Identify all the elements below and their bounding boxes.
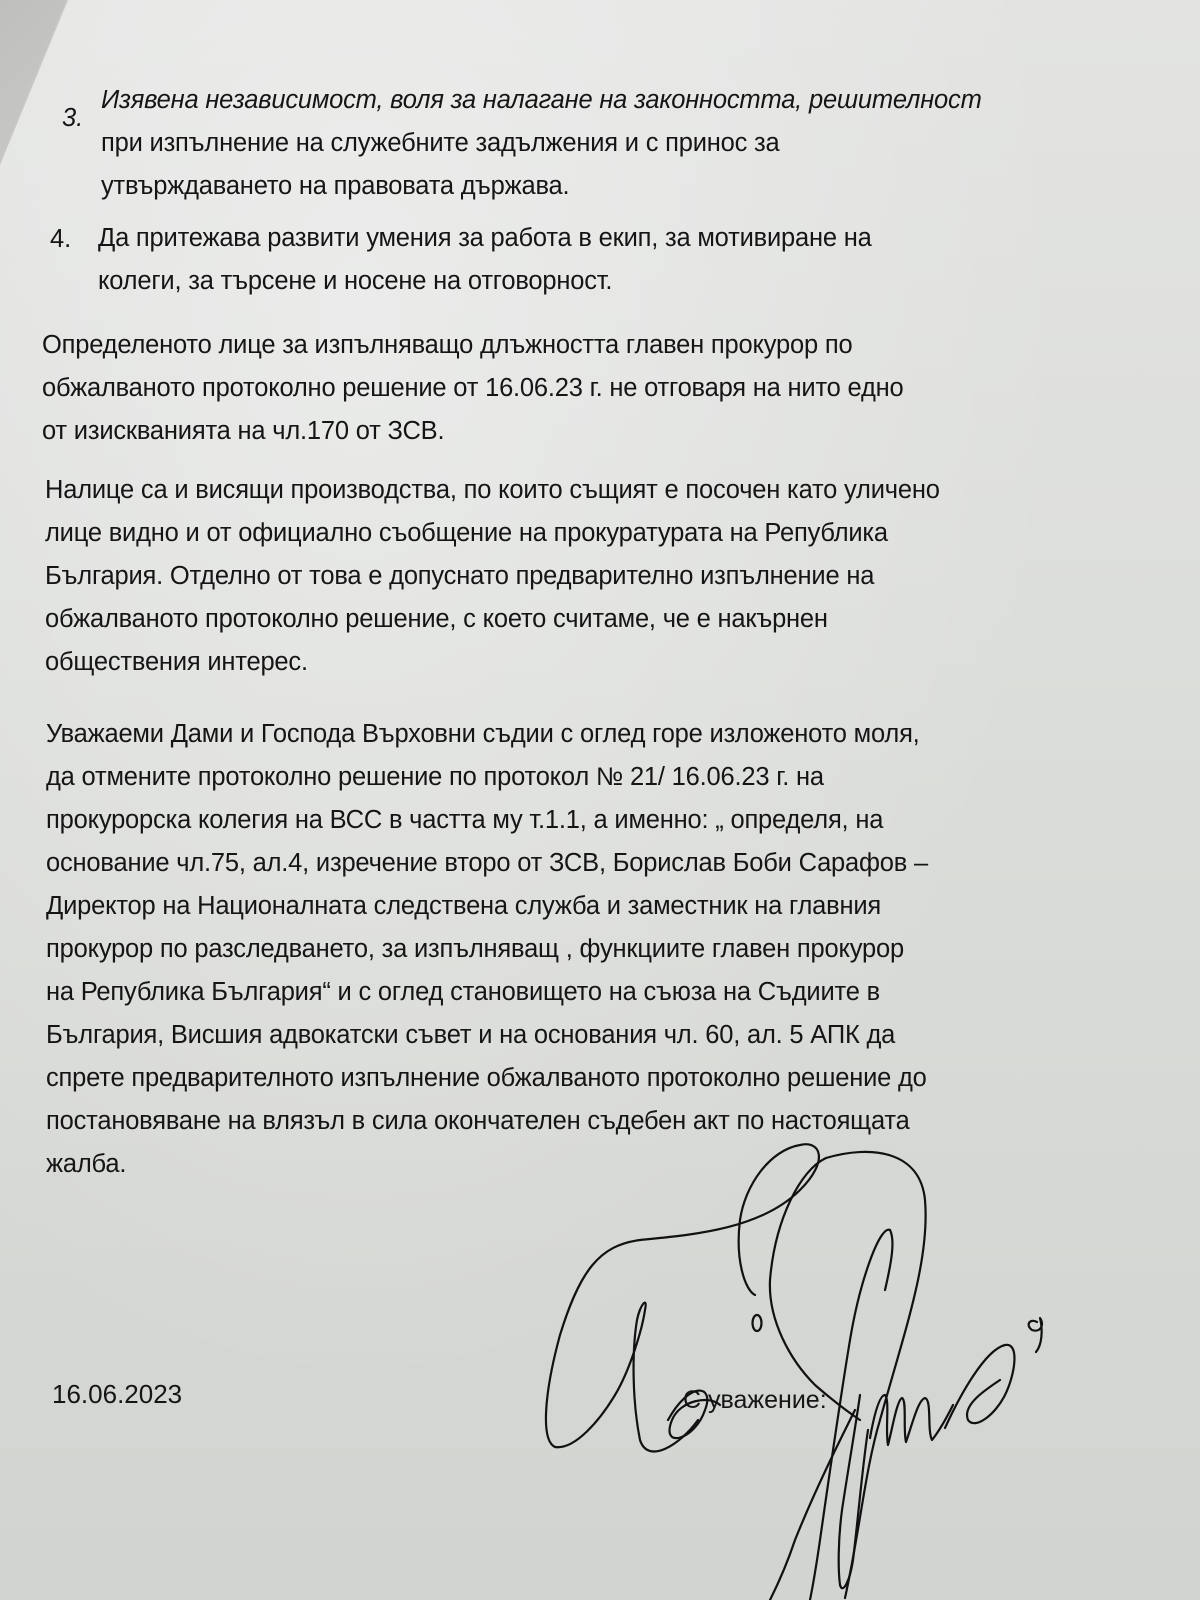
paragraph-1: Определеното лице за изпълняващо длъжнос…: [42, 324, 904, 453]
list-item-4: Да притежава развити умения за работа в …: [98, 217, 872, 303]
list-item-3: Изявена независимост, воля за налагане н…: [101, 79, 982, 208]
paragraph-3-line-6: прокурор по разследването, за изпълняващ…: [46, 928, 928, 971]
paragraph-1-line-3: от изискванията на чл.170 от ЗСВ.: [42, 410, 904, 453]
paragraph-2: Налице са и висящи производства, по коит…: [45, 469, 940, 684]
paragraph-3-line-4: основание чл.75, ал.4, изречение второ о…: [46, 842, 928, 885]
list-item-3-line-1: Изявена независимост, воля за налагане н…: [101, 79, 982, 122]
paragraph-2-line-5: обществения интерес.: [45, 641, 940, 684]
paragraph-1-line-2: обжалваното протоколно решение от 16.06.…: [42, 367, 904, 410]
paragraph-2-line-4: обжалваното протоколно решение, с което …: [45, 598, 940, 641]
paragraph-3-line-8: България, Висшия адвокатски съвет и на о…: [46, 1014, 928, 1057]
paragraph-3-line-10: постановяване на влязъл в сила окончател…: [46, 1100, 928, 1143]
paragraph-2-line-3: България. Отделно от това е допуснато пр…: [45, 555, 940, 598]
list-item-4-line-1: Да притежава развити умения за работа в …: [98, 217, 872, 260]
paragraph-3: Уважаеми Дами и Господа Върховни съдии с…: [46, 713, 928, 1186]
document-date: 16.06.2023: [52, 1379, 182, 1410]
paragraph-2-line-2: лице видно и от официално съобщение на п…: [45, 512, 940, 555]
list-item-3-line-3: утвърждаването на правовата държава.: [101, 165, 982, 208]
paragraph-3-line-3: прокурорска колегия на ВСС в частта му т…: [46, 799, 928, 842]
list-number-3: 3.: [62, 104, 83, 133]
list-item-4-line-2: колеги, за търсене и носене на отговорно…: [98, 260, 872, 303]
list-number-4: 4.: [50, 225, 71, 254]
list-item-3-line-2: при изпълнение на служебните задължения …: [101, 122, 982, 165]
paragraph-3-line-2: да отмените протоколно решение по проток…: [46, 756, 928, 799]
paragraph-1-line-1: Определеното лице за изпълняващо длъжнос…: [42, 324, 904, 367]
paragraph-3-line-9: спрете предварителното изпълнение обжалв…: [46, 1057, 928, 1100]
paragraph-3-line-1: Уважаеми Дами и Господа Върховни съдии с…: [46, 713, 928, 756]
paragraph-3-line-11: жалба.: [46, 1143, 928, 1186]
closing-salutation: С уважение:: [683, 1386, 827, 1415]
paragraph-3-line-7: на Република България“ и с оглед станови…: [46, 971, 928, 1014]
paragraph-2-line-1: Налице са и висящи производства, по коит…: [45, 469, 940, 512]
paragraph-3-line-5: Директор на Националната следствена служ…: [46, 885, 928, 928]
